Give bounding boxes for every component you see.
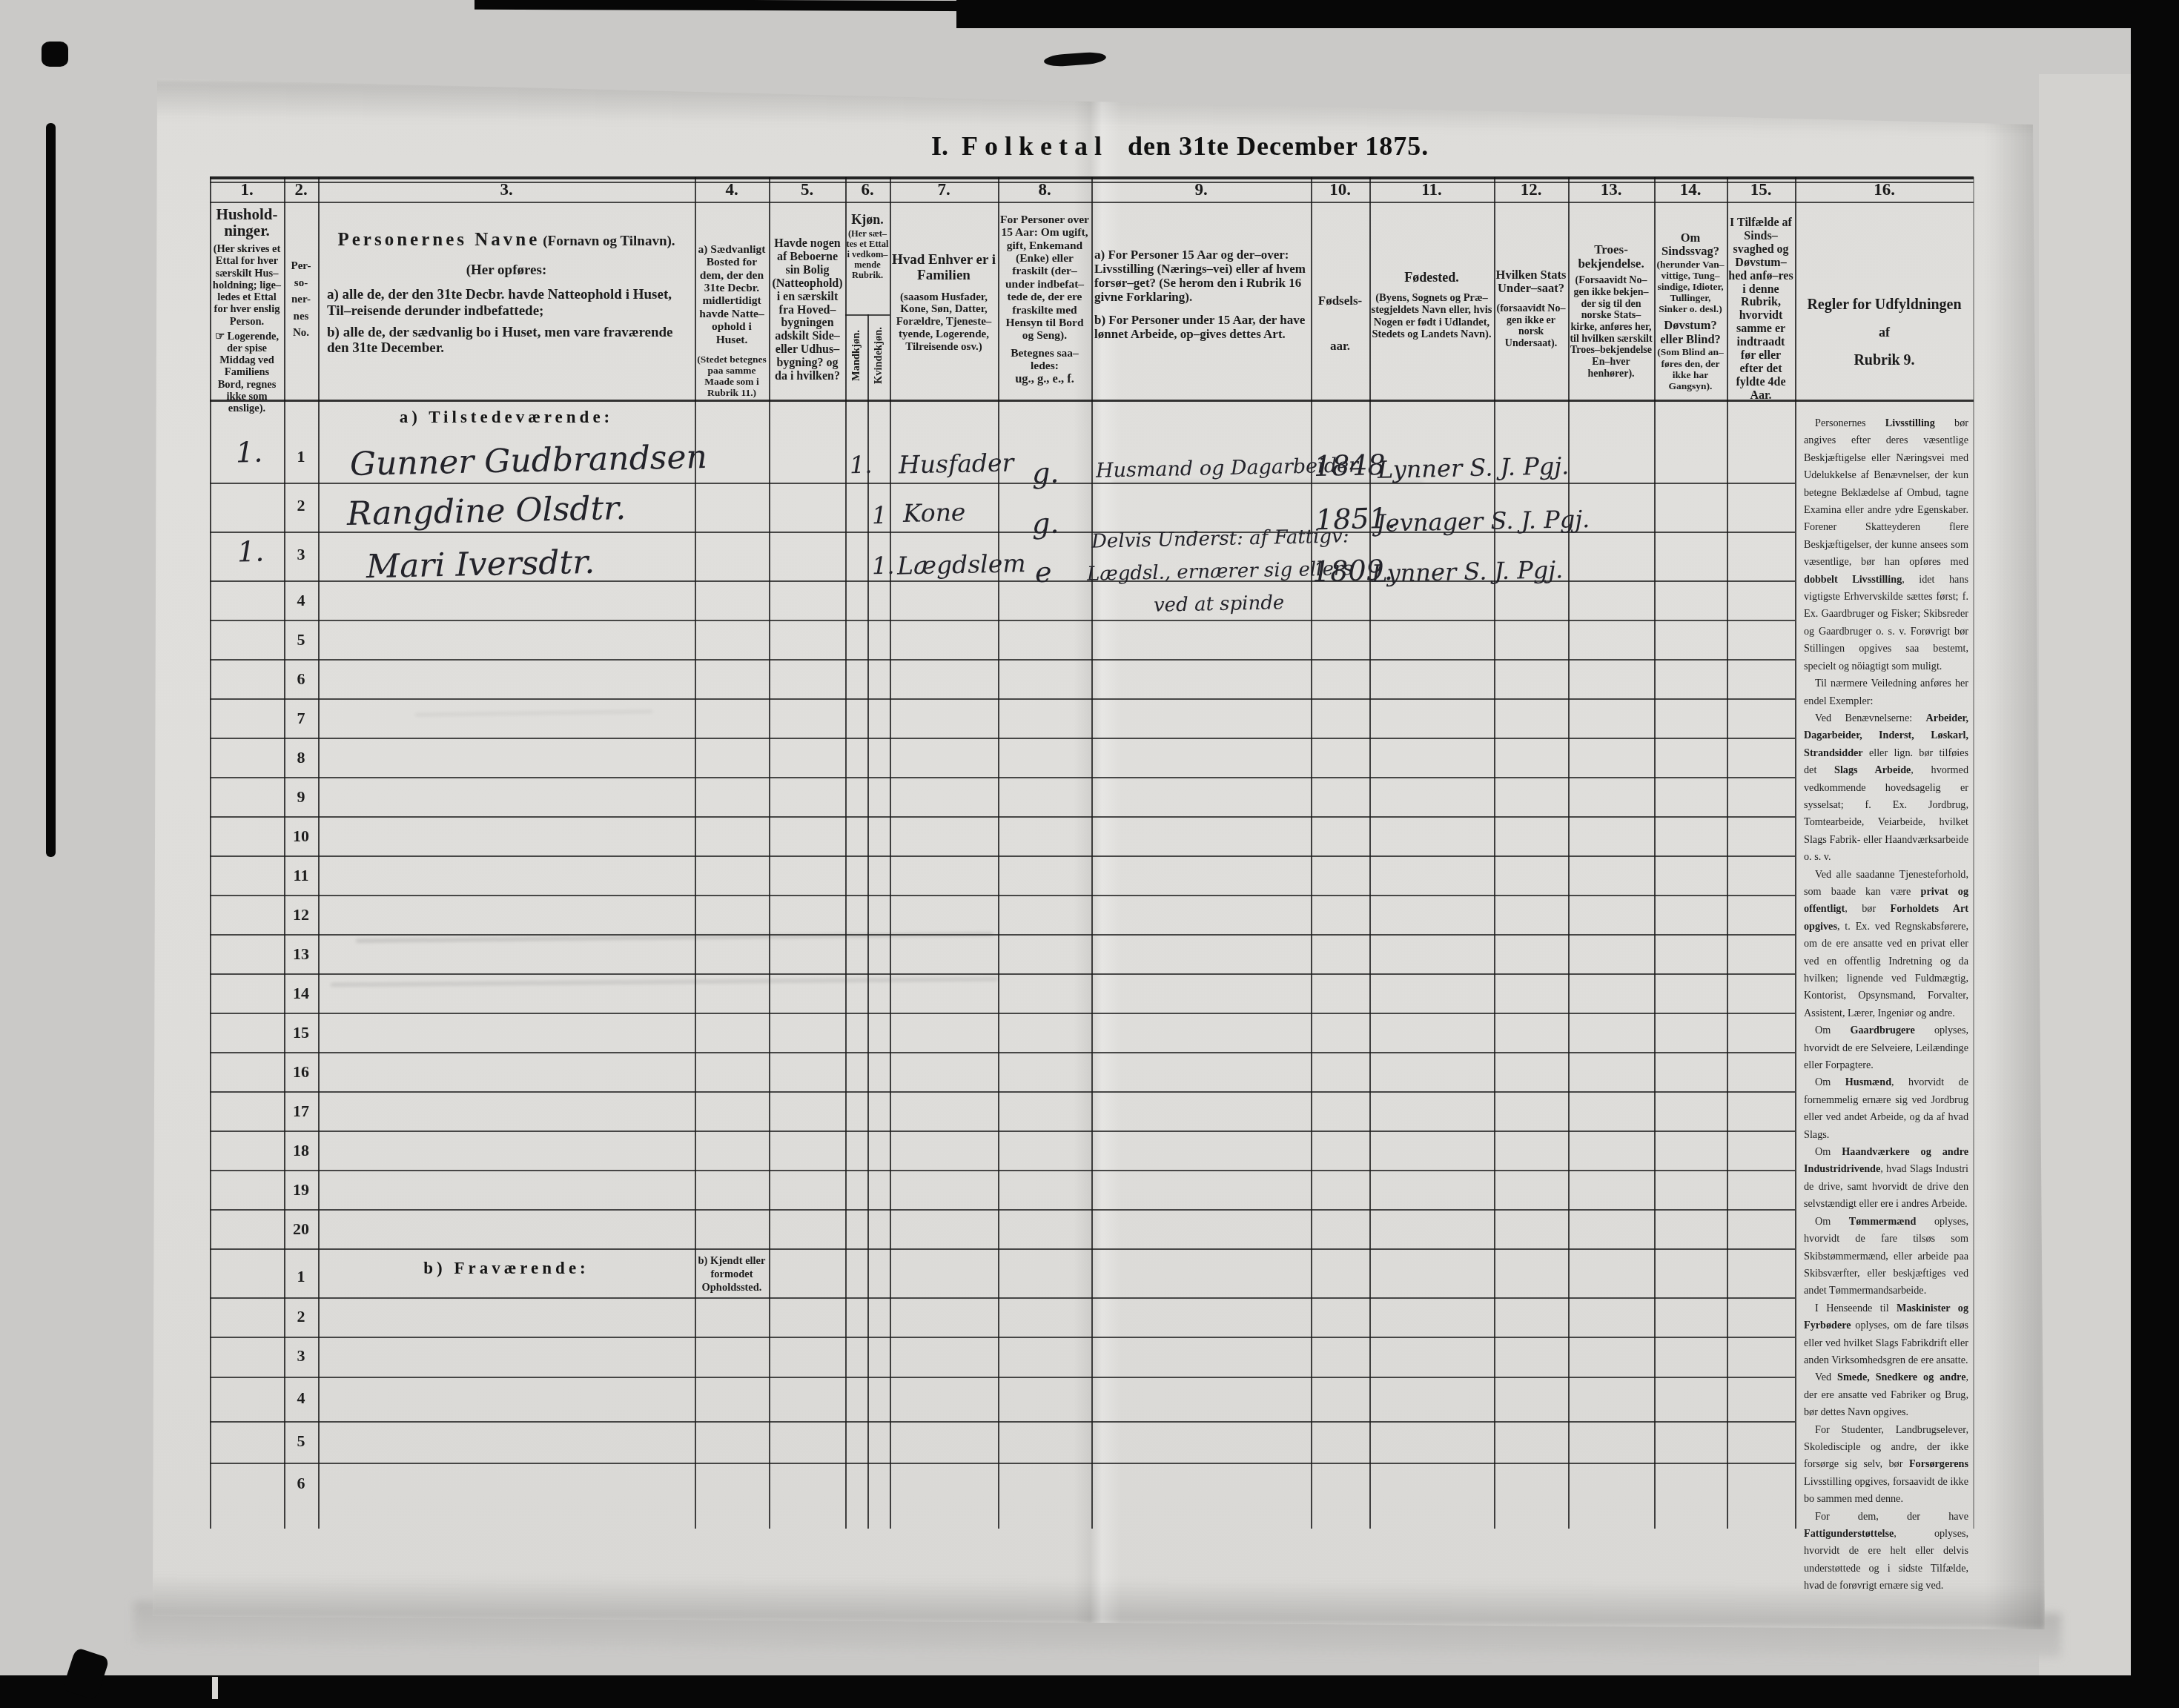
page-title: I.Folketalden 31te December 1875. <box>931 130 1429 162</box>
table-horizontal-rule <box>210 934 1795 936</box>
entry-born-1: 1848 <box>1314 448 1386 483</box>
column-number: 13. <box>1568 180 1654 201</box>
table-horizontal-rule <box>210 698 1795 700</box>
row-number-a: 11 <box>284 866 318 885</box>
table-horizontal-rule <box>210 1377 1795 1378</box>
bleed-through-mark-3 <box>1112 480 1424 483</box>
row-number-b: 4 <box>284 1388 318 1408</box>
entry-female-2: 1 <box>872 501 887 529</box>
row-number-b: 3 <box>284 1346 318 1366</box>
entry-occupation-3c: ved at spinde <box>1154 592 1285 617</box>
entry-male-1: 1. <box>850 451 873 480</box>
title-date: den 31te December 1875. <box>1128 131 1429 161</box>
paper-sheet: I.Folketalden 31te December 1875. 1.2.3.… <box>0 0 2179 1708</box>
column-header-livsstilling: a) For Personer 15 Aar og der–over: Livs… <box>1094 206 1308 399</box>
scan-artifact-left-corner-blob <box>42 42 68 67</box>
column-header-troesbekjendelse: Troes-bekjendelse. (Forsaavidt No–gen ik… <box>1570 206 1653 399</box>
row-number-a: 13 <box>284 944 318 964</box>
entry-status-3: e <box>1035 556 1052 589</box>
table-horizontal-rule <box>210 777 1795 778</box>
entry-status-1: g. <box>1032 457 1059 490</box>
row-number-b: 1 <box>284 1267 318 1286</box>
column-number: 7. <box>890 180 998 201</box>
column-header-fodselsaar: Fødsels- aar. <box>1312 206 1368 399</box>
column-number: 10. <box>1311 180 1369 201</box>
row-number-a: 10 <box>284 827 318 846</box>
table-horizontal-rule <box>210 973 1795 975</box>
scan-artifact-top-band <box>956 0 2179 28</box>
row-number-a: 12 <box>284 905 318 924</box>
bleed-through-mark-2 <box>331 977 998 987</box>
row-number-a: 3 <box>284 545 318 564</box>
column-number: 3. <box>318 180 695 201</box>
table-vertical-rule <box>867 314 869 1529</box>
section-b-label: b) Fraværende: <box>318 1259 695 1278</box>
entry-household-3: 1. <box>237 535 265 569</box>
entry-family-3: Lægdslem <box>897 549 1026 580</box>
column-header-regler: Regler for Udfyldningen af Rubrik 9. <box>1796 206 1972 399</box>
column-header-sindssvag: Om Sindssvag? (herunder Van–vittige, Tun… <box>1656 206 1725 399</box>
row-number-a: 2 <box>284 496 318 515</box>
row-number-a: 14 <box>284 984 318 1003</box>
column-number: 9. <box>1091 180 1311 201</box>
column-number: 2. <box>284 180 318 201</box>
column-number: 16. <box>1795 180 1974 201</box>
entry-birthplace-2: Jevnager S. J. Pgj. <box>1376 505 1590 537</box>
column-header-husholdninger: Hushold-ninger. (Her skrives et Ettal fo… <box>212 206 282 399</box>
table-horizontal-rule <box>210 1421 1795 1423</box>
scan-artifact-bottom-notch <box>212 1677 218 1699</box>
row-number-a: 19 <box>284 1180 318 1199</box>
entry-female-3: 1. <box>872 552 895 580</box>
column-header-bosted: a) Sædvanligt Bosted for dem, der den 31… <box>696 206 767 399</box>
column-header-personernes-no: Per-so- ner-nes No. <box>284 206 318 399</box>
underlying-sheet-edge <box>2039 74 2135 1675</box>
entry-name-1: Gunner Gudbrandsen <box>350 438 708 483</box>
table-horizontal-rule <box>210 1052 1795 1053</box>
column-header-civilstand: For Personer over 15 Aar: Om ugift, gift… <box>999 206 1090 399</box>
table-horizontal-rule <box>210 855 1795 857</box>
column-number: 15. <box>1727 180 1795 201</box>
column-header-tilfaelde: I Tilfælde af Sinds–svaghed og Døvstum–h… <box>1728 206 1793 399</box>
table-horizontal-rule <box>210 1013 1795 1014</box>
entry-name-2: Rangdine Olsdtr. <box>347 489 626 533</box>
table-vertical-rule <box>1091 177 1093 1529</box>
entry-family-1: Husfader <box>899 448 1014 479</box>
section-b-note: b) Kjendt eller formodet Opholdssted. <box>695 1254 769 1294</box>
entry-name-3: Mari Iversdtr. <box>366 543 595 586</box>
table-horizontal-rule <box>210 1297 1795 1299</box>
column-header-statsborgerskab: Hvilken Stats Under–saat? (forsaavidt No… <box>1495 206 1567 399</box>
column-number: 6. <box>845 180 890 201</box>
row-number-b: 2 <box>284 1307 318 1326</box>
column-number: 14. <box>1654 180 1727 201</box>
scanned-census-page: I.Folketalden 31te December 1875. 1.2.3.… <box>0 0 2179 1708</box>
table-horizontal-rule <box>210 1337 1795 1338</box>
table-vertical-rule <box>318 177 320 1529</box>
table-horizontal-rule <box>210 659 1795 661</box>
table-horizontal-rule <box>210 1209 1795 1211</box>
column-header-navne: Personernes Navne (Fornavn og Tilnavn). … <box>321 206 692 399</box>
row-number-a: 9 <box>284 787 318 807</box>
table-horizontal-rule <box>210 483 1795 484</box>
row-number-a: 1 <box>284 447 318 466</box>
scan-artifact-ink-scribble <box>1044 51 1107 67</box>
entry-family-2: Kone <box>903 497 966 528</box>
rules-instruction-text: Personernes Livsstilling bør angives eft… <box>1804 415 1968 1595</box>
section-a-label: a) Tilstedeværende: <box>318 408 695 427</box>
entry-status-2: g. <box>1032 507 1059 540</box>
row-number-a: 15 <box>284 1023 318 1042</box>
column-number: 11. <box>1369 180 1494 201</box>
female-column-label: Kvindekjøn. <box>873 316 885 396</box>
table-horizontal-rule <box>210 1131 1795 1132</box>
bleed-through-mark-4 <box>415 710 652 716</box>
row-number-a: 17 <box>284 1102 318 1121</box>
row-number-a: 7 <box>284 709 318 728</box>
column-number: 5. <box>769 180 845 201</box>
entry-household-1: 1. <box>236 436 263 469</box>
scan-artifact-bottom-band <box>0 1675 2179 1708</box>
title-roman-numeral: I. <box>931 131 948 161</box>
row-number-a: 6 <box>284 669 318 689</box>
table-horizontal-rule <box>210 1248 1795 1250</box>
table-horizontal-rule <box>210 202 1974 203</box>
column-header-kjon: Kjøn. (Her sæt–tes et Ettal i vedkom–men… <box>846 206 889 399</box>
row-number-a: 20 <box>284 1219 318 1239</box>
row-number-a: 8 <box>284 748 318 767</box>
scan-artifact-top-band-thin <box>475 0 1008 11</box>
table-horizontal-rule <box>210 895 1795 896</box>
table-horizontal-rule <box>210 816 1795 818</box>
column-number: 12. <box>1494 180 1568 201</box>
row-number-a: 16 <box>284 1062 318 1082</box>
table-vertical-rule <box>210 177 211 1529</box>
column-header-fodested: Fødested. (Byens, Sognets og Præ–stegjel… <box>1371 206 1492 399</box>
table-horizontal-rule <box>210 1170 1795 1171</box>
table-horizontal-rule <box>210 1091 1795 1093</box>
table-horizontal-rule <box>210 400 1974 402</box>
scan-artifact-left-strip <box>46 123 56 857</box>
column-header-sidebygning: Havde nogen af Beboerne sin Bolig (Natte… <box>770 206 844 399</box>
row-number-a: 18 <box>284 1141 318 1160</box>
row-number-a: 4 <box>284 591 318 610</box>
row-number-b: 6 <box>284 1474 318 1493</box>
column-number: 1. <box>210 180 284 201</box>
title-word: Folketal <box>962 131 1108 161</box>
table-horizontal-rule <box>210 176 1974 179</box>
column-number: 4. <box>695 180 769 201</box>
table-horizontal-rule <box>210 738 1795 739</box>
entry-birthplace-3: Lynner S. J. Pgj. <box>1372 555 1564 587</box>
row-number-a: 5 <box>284 630 318 649</box>
row-number-b: 5 <box>284 1431 318 1451</box>
scan-artifact-right-band <box>2131 0 2179 1708</box>
sheet-right-edge-shadow <box>1987 111 2046 1638</box>
table-horizontal-rule <box>210 1463 1795 1464</box>
male-column-label: Mandkjøn. <box>850 316 862 396</box>
entry-birthplace-1: Lynner S. J. Pgj. <box>1378 451 1570 483</box>
table-horizontal-rule <box>210 620 1795 621</box>
column-header-familiestilling: Hvad Enhver er i Familien (saasom Husfad… <box>891 206 996 399</box>
column-number: 8. <box>998 180 1091 201</box>
pointing-hand-icon: ☞ <box>215 331 225 342</box>
table-vertical-rule <box>1973 177 1974 1529</box>
